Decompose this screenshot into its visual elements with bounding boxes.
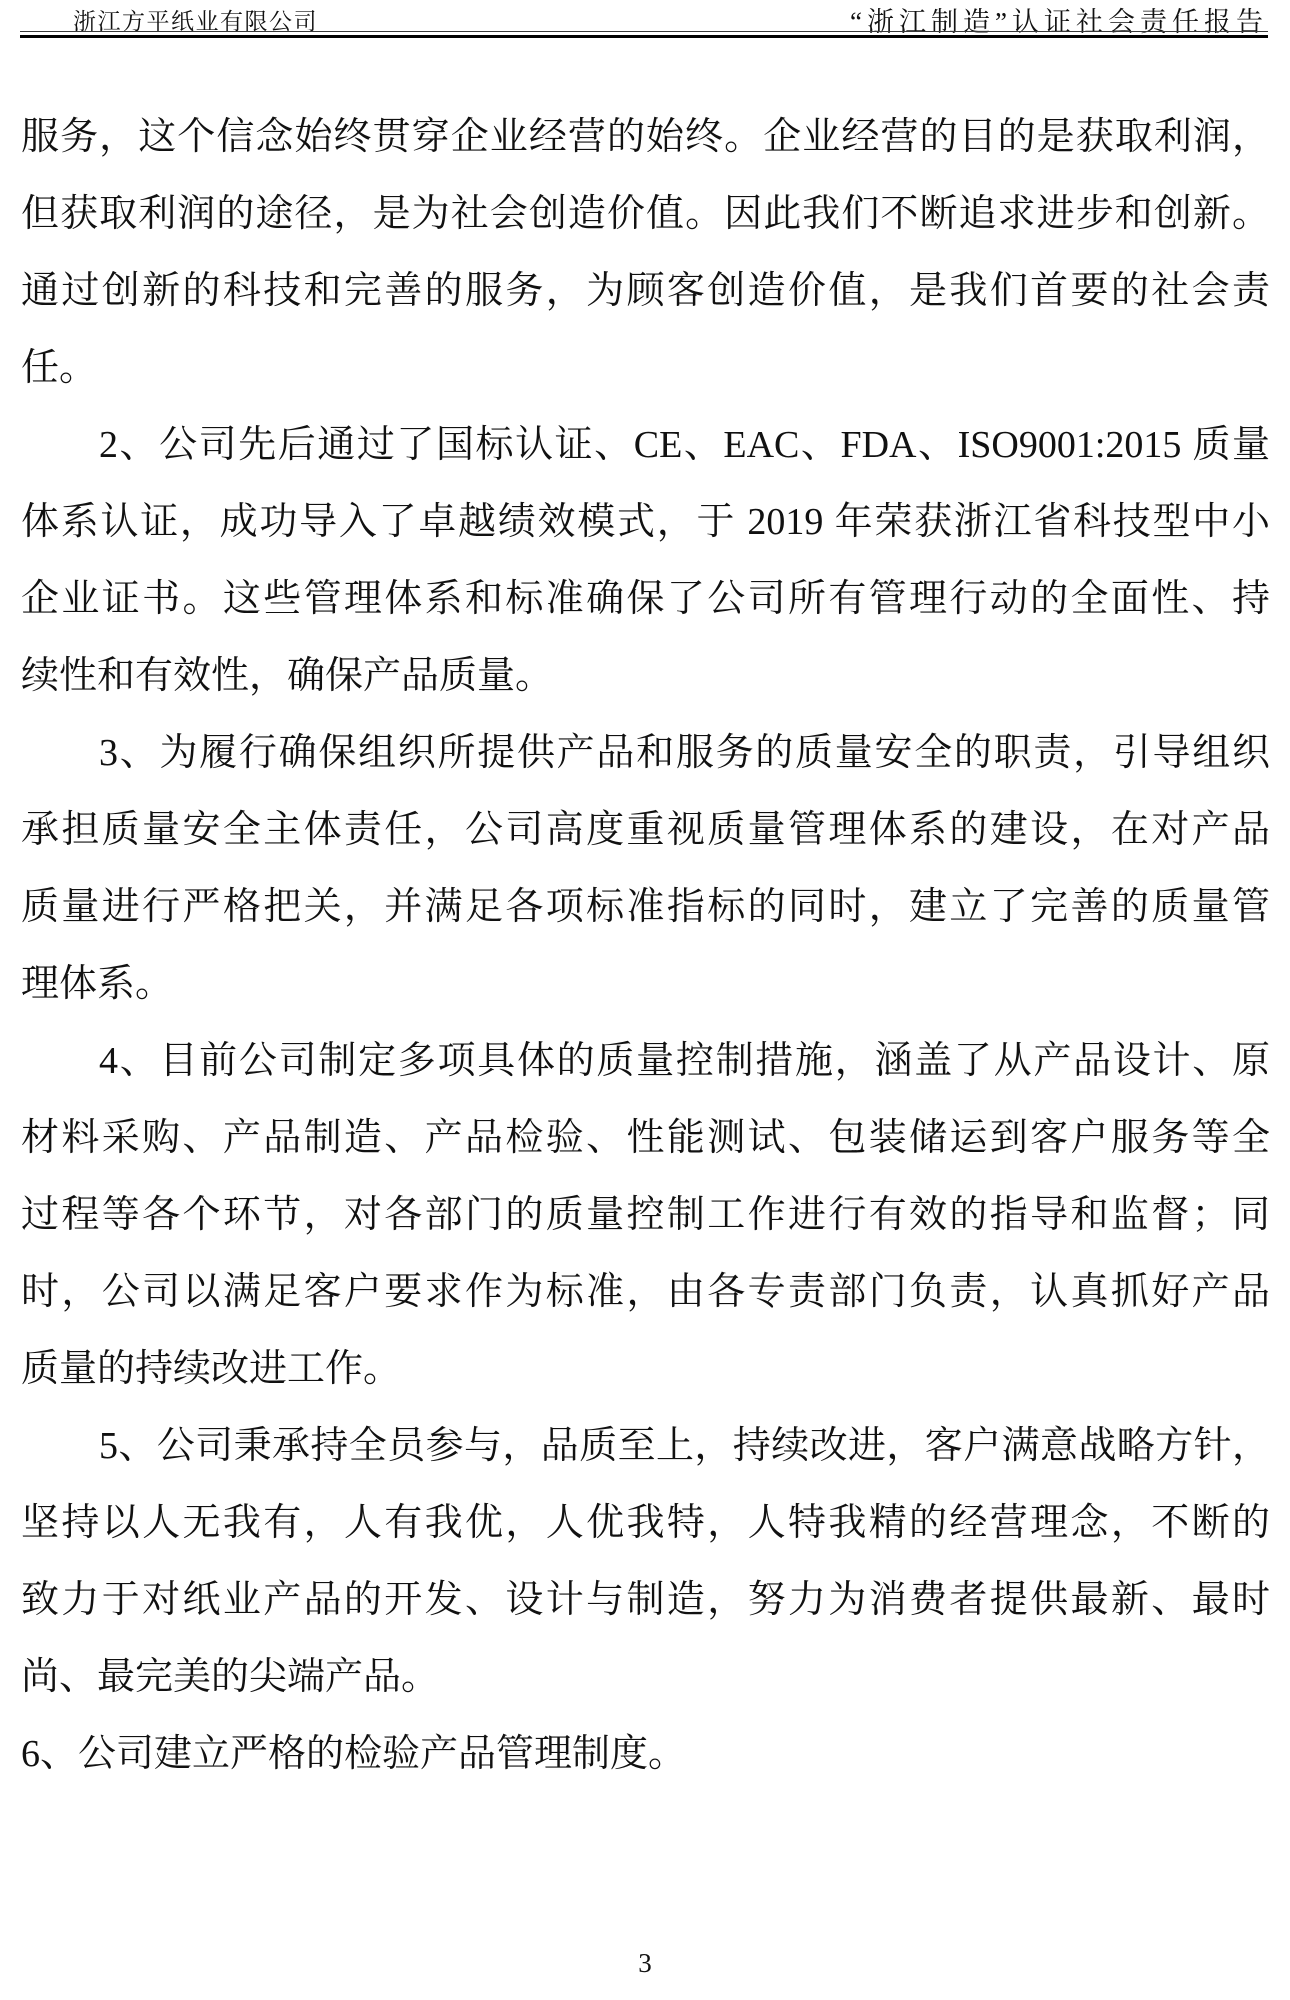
text-line: 理体系。 (21, 946, 1270, 1023)
text-line: 承担质量安全主体责任，公司高度重视质量管理体系的建设，在对产品 (21, 792, 1270, 869)
text-line: 5、公司秉承持全员参与，品质至上，持续改进，客户满意战略方针， (21, 1408, 1270, 1485)
text-line: 但获取利润的途径，是为社会创造价值。因此我们不断追求进步和创新。 (21, 176, 1270, 253)
text-line: 企业证书。这些管理体系和标准确保了公司所有管理行动的全面性、持 (21, 561, 1270, 638)
header-rule-thick (20, 35, 1268, 38)
text-line: 4、目前公司制定多项具体的质量控制措施，涵盖了从产品设计、原 (21, 1023, 1270, 1100)
text-line: 过程等各个环节，对各部门的质量控制工作进行有效的指导和监督；同 (21, 1177, 1270, 1254)
text-line: 任。 (21, 330, 1270, 407)
text-line: 3、为履行确保组织所提供产品和服务的质量安全的职责，引导组织 (21, 715, 1270, 792)
text-line: 时，公司以满足客户要求作为标准，由各专责部门负责，认真抓好产品 (21, 1254, 1270, 1331)
text-line: 续性和有效性，确保产品质量。 (21, 638, 1270, 715)
text-line: 尚、最完美的尖端产品。 (21, 1639, 1270, 1716)
document-body: 服务，这个信念始终贯穿企业经营的始终。企业经营的目的是获取利润，但获取利润的途径… (21, 99, 1270, 1793)
text-line: 坚持以人无我有，人有我优，人优我特，人特我精的经营理念，不断的 (21, 1485, 1270, 1562)
text-line: 质量进行严格把关，并满足各项标准指标的同时，建立了完善的质量管 (21, 869, 1270, 946)
text-line: 致力于对纸业产品的开发、设计与制造，努力为消费者提供最新、最时 (21, 1562, 1270, 1639)
text-line: 通过创新的科技和完善的服务，为顾客创造价值，是我们首要的社会责 (21, 253, 1270, 330)
text-line: 6、公司建立严格的检验产品管理制度。 (21, 1716, 1270, 1793)
text-line: 服务，这个信念始终贯穿企业经营的始终。企业经营的目的是获取利润， (21, 99, 1270, 176)
header-rule-thin (20, 31, 1268, 32)
header-report-title: “浙江制造”认证社会责任报告 (850, 0, 1268, 39)
text-line: 质量的持续改进工作。 (21, 1331, 1270, 1408)
document-page: 浙江方平纸业有限公司 “浙江制造”认证社会责任报告 服务，这个信念始终贯穿企业经… (0, 0, 1290, 2000)
text-line: 材料采购、产品制造、产品检验、性能测试、包装储运到客户服务等全 (21, 1100, 1270, 1177)
text-line: 体系认证，成功导入了卓越绩效模式，于 2019 年荣获浙江省科技型中小 (21, 484, 1270, 561)
page-number: 3 (0, 1948, 1290, 1979)
text-line: 2、公司先后通过了国标认证、CE、EAC、FDA、ISO9001:2015 质量 (21, 407, 1270, 484)
